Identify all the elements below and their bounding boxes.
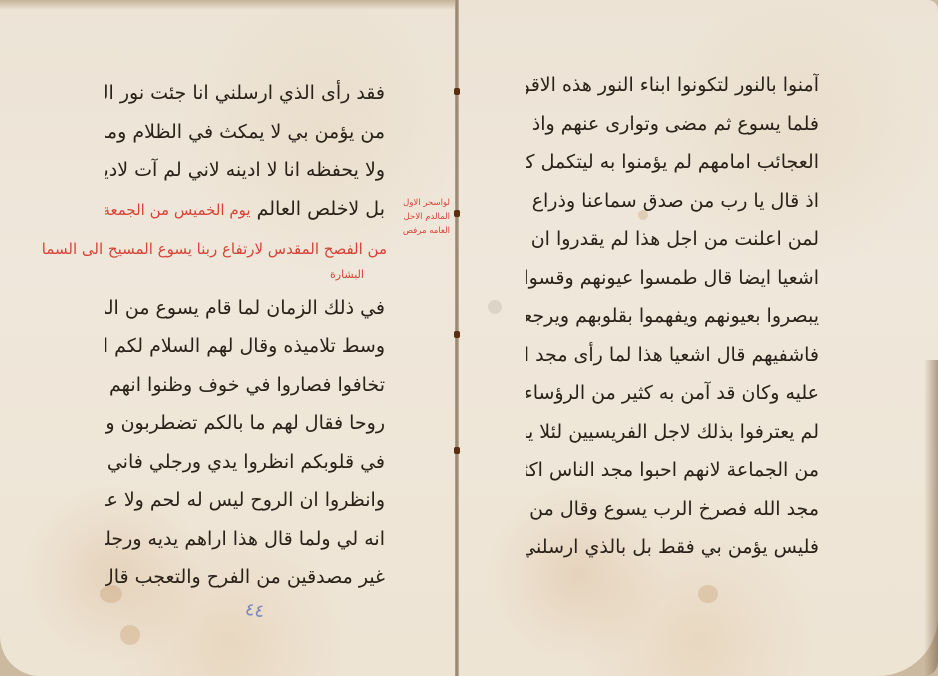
text-line: من يؤمن بي لا يمكث في الظلام ومن يسمع كل… bbox=[105, 113, 385, 152]
margin-note: لواسحر الاول المالدم الاحل العامه مرفص bbox=[392, 196, 450, 238]
text-line: آمنوا بالنور لتكونوا ابناء النور هذه الا… bbox=[526, 66, 819, 105]
foxing-stain bbox=[488, 300, 502, 314]
binding-stitch bbox=[454, 331, 460, 338]
text-line: تخافوا فصاروا في خوف وظنوا انهم ينظرون bbox=[105, 366, 385, 405]
left-page-text: فقد رأى الذي ارسلني انا جئت نور العالم ل… bbox=[105, 74, 385, 597]
text-line: اشعيا ايضا قال طمسوا عيونهم وقسوا قلوبهم… bbox=[526, 259, 819, 298]
text-line: وانظروا ان الروح ليس له لحم ولا عظم كما … bbox=[105, 481, 385, 520]
text-line: في قلوبكم انظروا يدي ورجلي فاني انا هو ج… bbox=[105, 443, 385, 482]
text-line: ولا يحفظه انا لا ادينه لاني لم آت لادين … bbox=[105, 151, 385, 190]
book-gutter bbox=[455, 0, 459, 676]
text-line: مجد الله فصرخ الرب يسوع وقال من يؤمن بي bbox=[526, 490, 819, 529]
binding-stitch bbox=[454, 210, 460, 217]
text-line-with-rubric: بل لاخلص العالم يوم الخميس من الجمعة الس… bbox=[105, 190, 385, 229]
margin-note-line: المالدم الاحل bbox=[392, 210, 450, 224]
text-line: فليس يؤمن بي فقط بل بالذي ارسلني ومن رآن… bbox=[526, 528, 819, 567]
text-line: فقد رأى الذي ارسلني انا جئت نور العالم ل… bbox=[105, 74, 385, 113]
text-line: انه لي ولما قال هذا اراهم يديه ورجليه وا… bbox=[105, 520, 385, 559]
rubric-lection-title: من الفصح المقدس لارتفاع ربنا يسوع المسيح… bbox=[42, 240, 387, 258]
foxing-stain bbox=[120, 625, 140, 645]
text-line: روحا فقال لهم ما بالكم تضطربون ولم تخطر … bbox=[105, 404, 385, 443]
binding-stitch bbox=[454, 447, 460, 454]
text-fragment: بل لاخلص العالم bbox=[257, 198, 385, 220]
text-line: لمن اعلنت من اجل هذا لم يقدروا ان يؤمنوا… bbox=[526, 220, 819, 259]
foxing-stain bbox=[698, 585, 718, 603]
right-page: آمنوا بالنور لتكونوا ابناء النور هذه الا… bbox=[458, 0, 938, 676]
text-line: من الجماعة لانهم احبوا مجد الناس اكثر من bbox=[526, 451, 819, 490]
margin-note-line: لواسحر الاول bbox=[392, 196, 450, 210]
text-line: في ذلك الزمان لما قام يسوع من الموتى وقف… bbox=[105, 289, 385, 328]
text-line: العجائب امامهم لم يؤمنوا به ليتكمل كلام … bbox=[526, 143, 819, 182]
folio-number: ٤٤ bbox=[244, 599, 266, 622]
text-line: عليه وكان قد آمن به كثير من الرؤساء ولكن… bbox=[526, 374, 819, 413]
left-page: فقد رأى الذي ارسلني انا جئت نور العالم ل… bbox=[0, 0, 458, 676]
text-line: يبصروا بعيونهم ويفهموا بقلوبهم ويرجعوا ا… bbox=[526, 297, 819, 336]
text-line: غير مصدقين من الفرح والتعجب قال لهم اعند… bbox=[105, 558, 385, 597]
margin-note-line: العامه مرفص bbox=[392, 224, 450, 238]
text-line: فلما يسوع ثم مضى وتوارى عنهم واذ صنع هذه bbox=[526, 105, 819, 144]
manuscript-spread: فقد رأى الذي ارسلني انا جئت نور العالم ل… bbox=[0, 0, 938, 676]
text-line: وسط تلاميذه وقال لهم السلام لكم انا هو ل… bbox=[105, 327, 385, 366]
text-line: فاشفيهم قال اشعيا هذا لما رأى مجد الله و… bbox=[526, 336, 819, 375]
rubric-tail: البشارة bbox=[330, 268, 364, 281]
right-page-text: آمنوا بالنور لتكونوا ابناء النور هذه الا… bbox=[526, 66, 819, 567]
binding-stitch bbox=[454, 88, 460, 95]
text-line: اذ قال يا رب من صدق سماعنا وذراع الرب bbox=[526, 182, 819, 221]
rubric-heading: يوم الخميس من الجمعة السادسة bbox=[105, 201, 251, 219]
text-line: لم يعترفوا بذلك لاجل الفريسيين لئلا يصير… bbox=[526, 413, 819, 452]
